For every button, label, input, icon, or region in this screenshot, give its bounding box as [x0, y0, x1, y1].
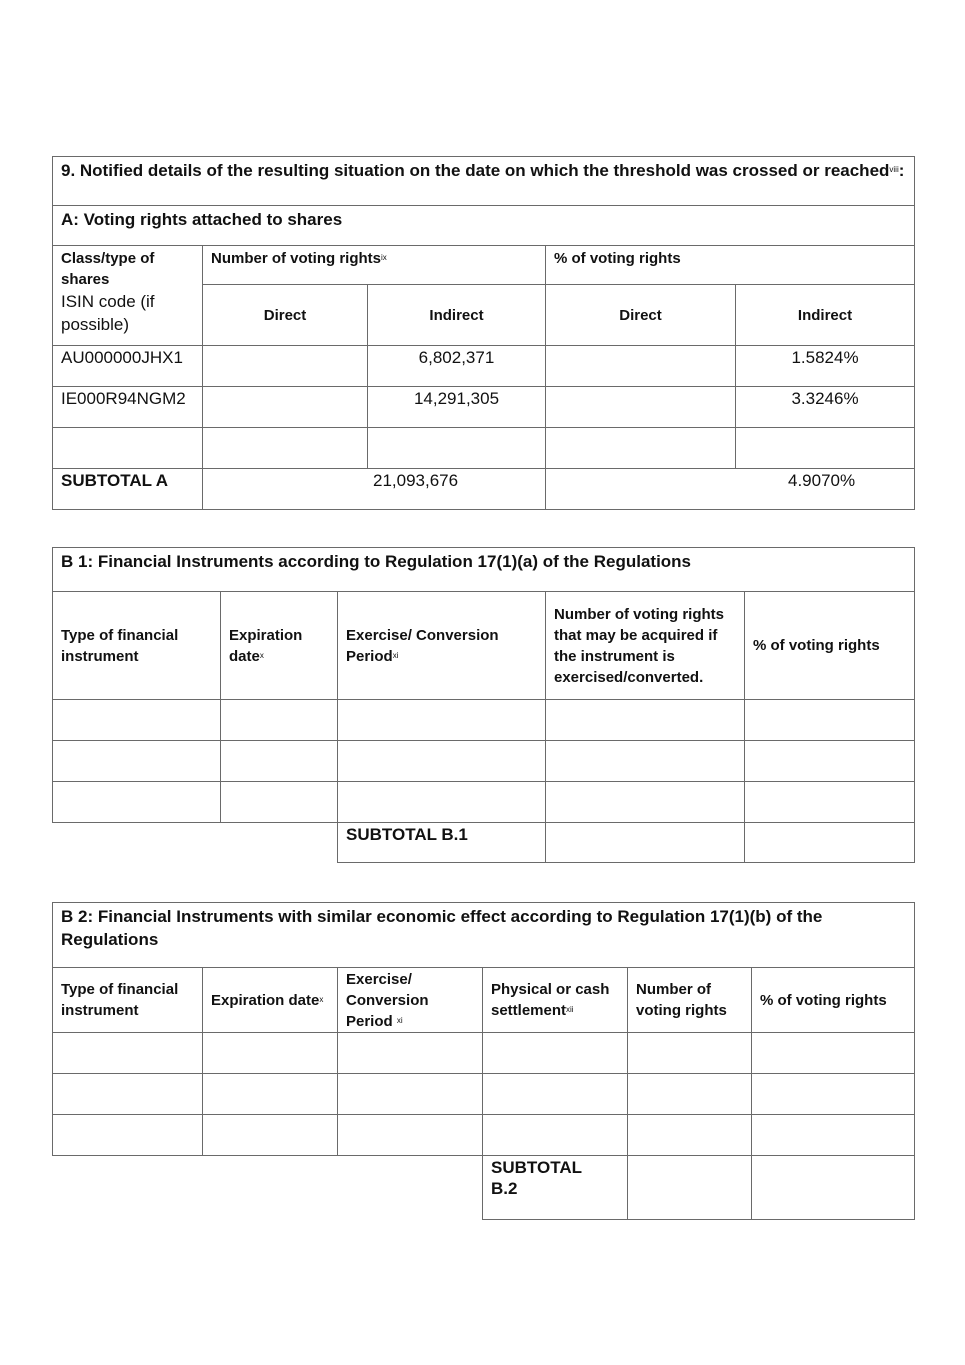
number-voting-rights-header: Number of voting rightsix — [203, 246, 546, 285]
percent-direct-cell — [546, 428, 736, 469]
percent-direct-cell — [546, 387, 736, 428]
type-instrument-header: Type of financial instrument — [53, 592, 221, 700]
financial-instruments-table-b1: B 1: Financial Instruments according to … — [52, 547, 915, 863]
settlement-header: Physical or cash settlementxii — [483, 968, 628, 1033]
percent-indirect-header: Indirect — [736, 285, 915, 346]
table-row — [53, 1033, 915, 1074]
exercise-period-header: Exercise/ Conversion Period xi — [338, 968, 483, 1033]
subtotal-a-number: 21,093,676 — [203, 469, 546, 510]
percent-indirect-cell: 1.5824% — [736, 346, 915, 387]
number-indirect-cell — [368, 428, 546, 469]
number-indirect-cell: 6,802,371 — [368, 346, 546, 387]
isin-cell — [53, 428, 203, 469]
financial-instruments-table-b2: B 2: Financial Instruments with similar … — [52, 902, 915, 1220]
type-instrument-header: Type of financial instrument — [53, 968, 203, 1033]
subtotal-b1-row: SUBTOTAL B.1 — [53, 823, 915, 863]
isin-label: ISIN code (if possible) — [61, 290, 194, 336]
number-indirect-cell: 14,291,305 — [368, 387, 546, 428]
number-voting-rights-header: Number of voting rights — [628, 968, 752, 1033]
isin-cell: IE000R94NGM2 — [53, 387, 203, 428]
subtotal-a-label: SUBTOTAL A — [53, 469, 203, 510]
subtotal-b1-label: SUBTOTAL B.1 — [338, 823, 546, 863]
table-row — [53, 700, 915, 741]
table-row — [53, 1074, 915, 1115]
percent-indirect-cell — [736, 428, 915, 469]
subtotal-b2-row: SUBTOTAL B.2 — [53, 1156, 915, 1220]
class-type-header: Class/type of shares ISIN code (if possi… — [53, 246, 203, 346]
table-row — [53, 1115, 915, 1156]
voting-rights-table-a: 9. Notified details of the resulting sit… — [52, 156, 915, 510]
table-a-title: A: Voting rights attached to shares — [53, 206, 915, 246]
number-direct-cell — [203, 387, 368, 428]
table-b2-title: B 2: Financial Instruments with similar … — [53, 903, 915, 968]
exercise-period-header: Exercise/ Conversion Periodxi — [338, 592, 546, 700]
expiration-date-header: Expiration datex — [203, 968, 338, 1033]
table-row — [53, 741, 915, 782]
table-row: AU000000JHX1 6,802,371 1.5824% — [53, 346, 915, 387]
table-b1-title: B 1: Financial Instruments according to … — [53, 548, 915, 592]
number-direct-cell — [203, 346, 368, 387]
number-direct-header: Direct — [203, 285, 368, 346]
percent-indirect-cell: 3.3246% — [736, 387, 915, 428]
number-indirect-header: Indirect — [368, 285, 546, 346]
table-row — [53, 782, 915, 823]
percent-direct-header: Direct — [546, 285, 736, 346]
percent-voting-rights-header: % of voting rights — [546, 246, 915, 285]
section-9-title: 9. Notified details of the resulting sit… — [53, 157, 915, 206]
subtotal-a-row: SUBTOTAL A 21,093,676 4.9070% — [53, 469, 915, 510]
isin-cell: AU000000JHX1 — [53, 346, 203, 387]
percent-voting-rights-header: % of voting rights — [752, 968, 915, 1033]
subtotal-b2-label: SUBTOTAL B.2 — [483, 1156, 628, 1220]
subtotal-a-percent: 4.9070% — [546, 469, 915, 510]
percent-voting-rights-header: % of voting rights — [745, 592, 915, 700]
table-row — [53, 428, 915, 469]
number-direct-cell — [203, 428, 368, 469]
class-type-label: Class/type of shares — [61, 248, 194, 290]
number-voting-rights-header: Number of voting rights that may be acqu… — [546, 592, 745, 700]
expiration-date-header: Expiration datex — [221, 592, 338, 700]
table-row: IE000R94NGM2 14,291,305 3.3246% — [53, 387, 915, 428]
percent-direct-cell — [546, 346, 736, 387]
